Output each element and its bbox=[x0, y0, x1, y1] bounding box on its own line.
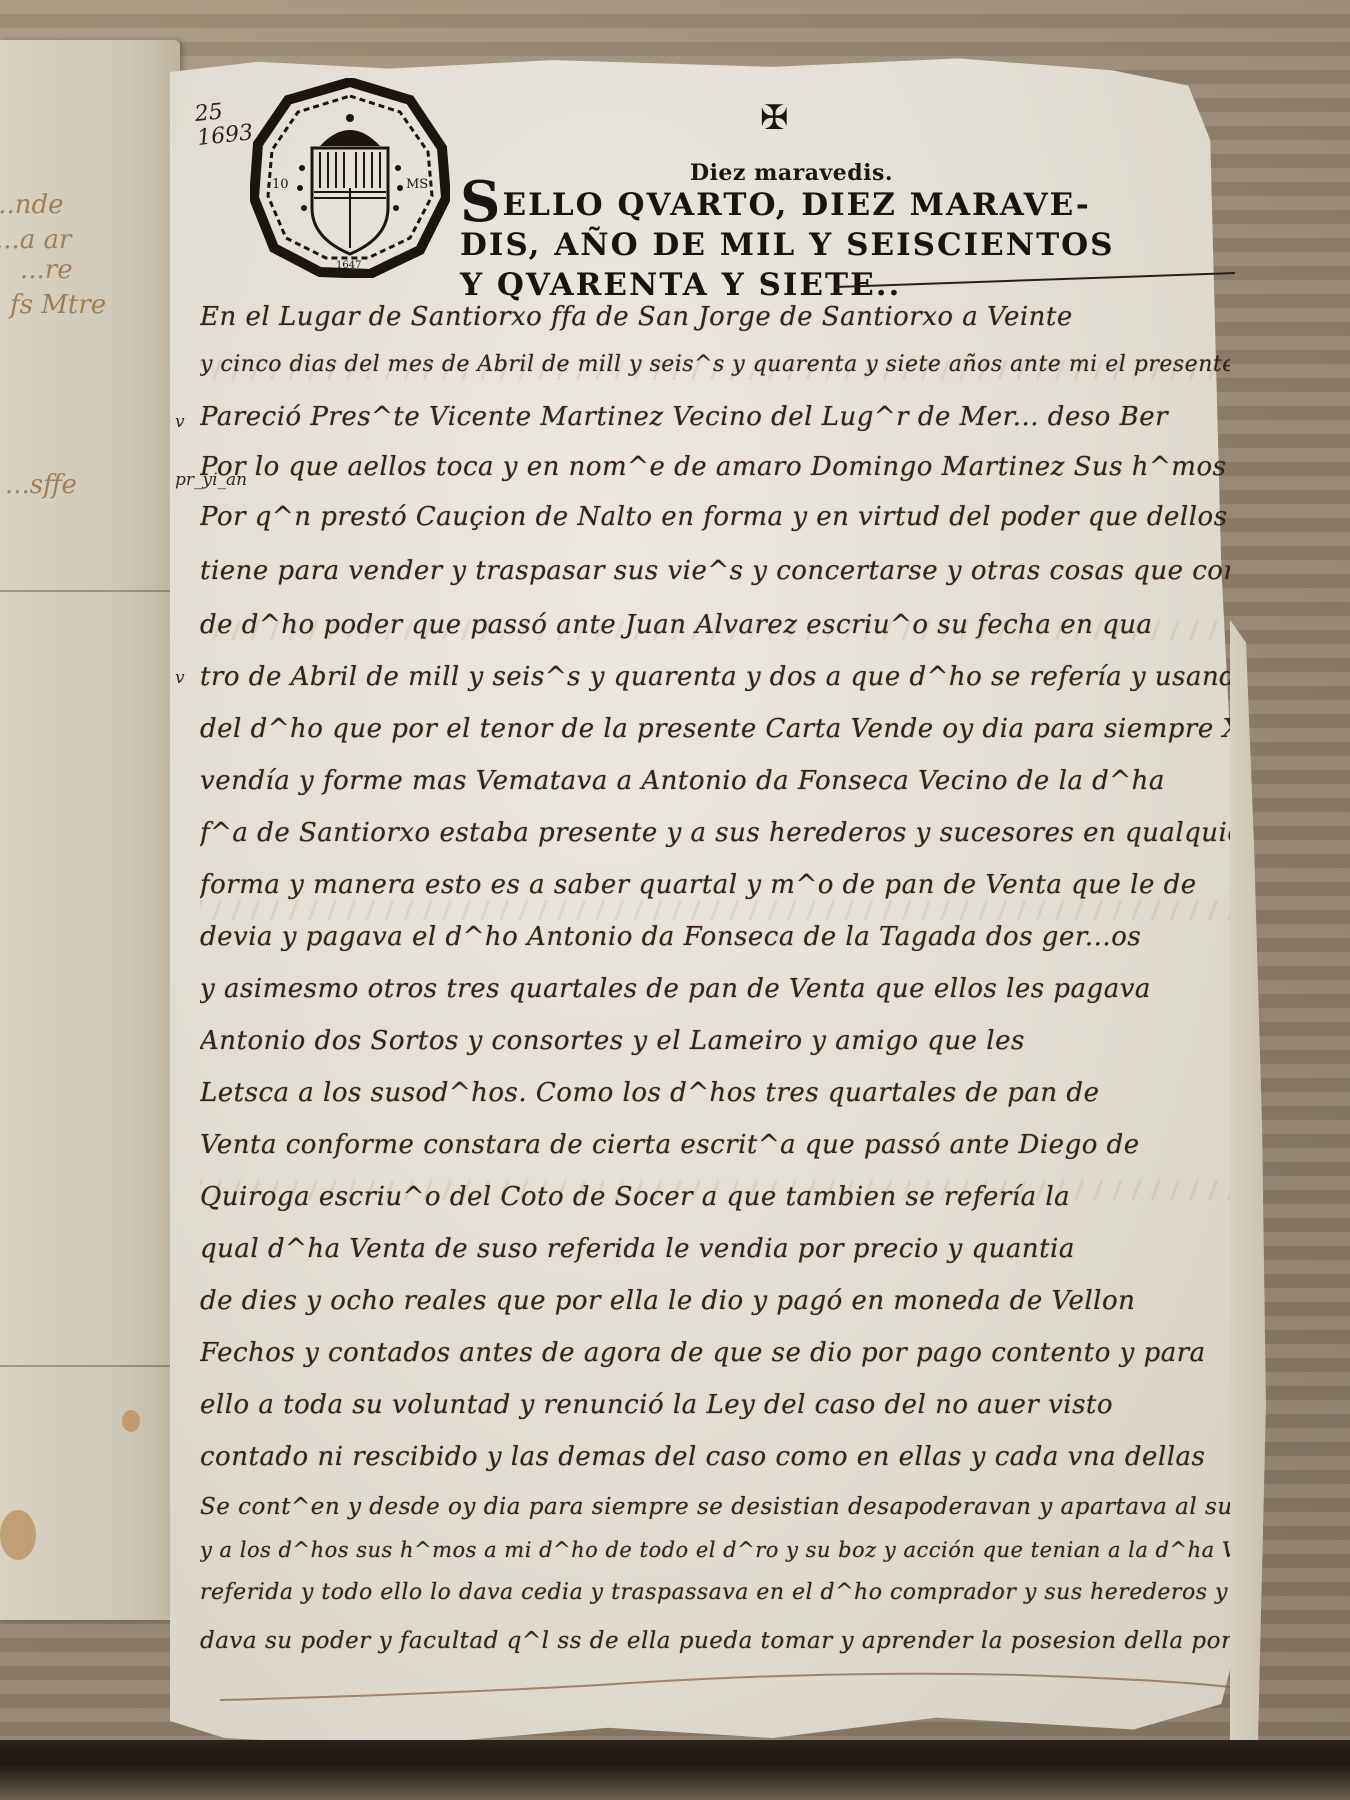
manuscript-line: y asimesmo otros tres quartales de pan d… bbox=[200, 974, 1230, 1004]
manuscript-line: Por lo que aellos toca y en nom^e de ama… bbox=[200, 452, 1230, 482]
manuscript-line: Pareció Pres^te Vicente Martinez Vecino … bbox=[200, 402, 1230, 432]
manuscript-line: Antonio dos Sortos y consortes y el Lame… bbox=[200, 1026, 1230, 1056]
paper-crease bbox=[0, 590, 170, 592]
manuscript-line: tro de Abril de mill y seis^s y quarenta… bbox=[200, 662, 1230, 692]
manuscript-line: contado ni rescibido y las demas del cas… bbox=[200, 1442, 1230, 1472]
stamp-printed-header: SELLO QVARTO, DIEZ MARAVE- DIS, AÑO DE M… bbox=[460, 182, 1120, 305]
manuscript-line: de dies y ocho reales que por ella le di… bbox=[200, 1286, 1230, 1316]
ink-bleed-texture bbox=[200, 900, 1230, 920]
manuscript-line: referida y todo ello lo dava cedia y tra… bbox=[200, 1580, 1230, 1605]
bottom-flourish-line bbox=[220, 1665, 1230, 1705]
margin-annotation: v bbox=[175, 668, 185, 688]
left-page-note: ...a ar bbox=[0, 225, 72, 255]
manuscript-line: Por q^n prestó Cauçion de Nalto en forma… bbox=[200, 502, 1230, 532]
manuscript-line: vendía y forme mas Vematava a Antonio da… bbox=[200, 766, 1230, 796]
manuscript-line: Letsca a los susod^hos. Como los d^hos t… bbox=[200, 1078, 1230, 1108]
manuscript-line: tiene para vender y traspasar sus vie^s … bbox=[200, 556, 1230, 586]
bottom-shadow bbox=[0, 1740, 1350, 1800]
manuscript-line: forma y manera esto es a saber quartal y… bbox=[200, 870, 1230, 900]
manuscript-line: Venta conforme constara de cierta escrit… bbox=[200, 1130, 1230, 1160]
manuscript-line: ello a toda su voluntad y renunció la Le… bbox=[200, 1390, 1230, 1420]
manuscript-line: f^a de Santiorxo estaba presente y a sus… bbox=[200, 818, 1230, 848]
manuscript-line: Quiroga escriu^o del Coto de Socer a que… bbox=[200, 1182, 1230, 1212]
seal-right-letters: MS bbox=[406, 177, 428, 192]
royal-coat-of-arms-seal-icon: 10 MS 1647 bbox=[250, 78, 450, 278]
manuscript-line: En el Lugar de Santiorxo ffa de San Jorg… bbox=[200, 302, 1230, 332]
left-folded-page: ...nde ...a ar ...re fs Mtre ...sffe bbox=[0, 40, 180, 1620]
left-page-note: ...sffe bbox=[5, 470, 77, 500]
stamp-line-2: DIS, AÑO DE MIL Y SEISCIENTOS bbox=[460, 225, 1120, 265]
stamp-line-1: ELLO QVARTO, DIEZ MARAVE- bbox=[502, 187, 1090, 223]
seal-year: 1647 bbox=[336, 260, 361, 271]
manuscript-line: dava su poder y facultad q^l ss de ella … bbox=[200, 1628, 1230, 1654]
manuscript-line: y a los d^hos sus h^mos a mi d^ho de tod… bbox=[200, 1538, 1230, 1562]
manuscript-line: del d^ho que por el tenor de la presente… bbox=[200, 714, 1230, 744]
manuscript-line: y cinco dias del mes de Abril de mill y … bbox=[200, 352, 1230, 377]
stamp-line-3: Y QVARENTA Y SIETE.. bbox=[460, 265, 1120, 305]
left-page-note: ...re bbox=[20, 255, 73, 285]
manuscript-line: Se cont^en y desde oy dia para siempre s… bbox=[200, 1494, 1230, 1520]
seal-left-letters: 10 bbox=[272, 177, 289, 192]
margin-date-note: 25 1693 bbox=[194, 97, 259, 151]
cross-icon: ✠ bbox=[760, 98, 789, 138]
left-page-note: fs Mtre bbox=[10, 290, 106, 320]
manuscript-line: de d^ho poder que passó ante Juan Alvare… bbox=[200, 610, 1230, 640]
paper-stain bbox=[0, 1510, 36, 1560]
paper-crease bbox=[0, 1365, 170, 1367]
manuscript-line: devia y pagava el d^ho Antonio da Fonsec… bbox=[200, 922, 1230, 952]
paper-stain bbox=[122, 1410, 140, 1432]
margin-annotation: v bbox=[175, 412, 185, 432]
left-page-note: ...nde bbox=[0, 190, 64, 220]
manuscript-line: Fechos y contados antes de agora de que … bbox=[200, 1338, 1230, 1368]
manuscript-line: qual d^ha Venta de suso referida le vend… bbox=[200, 1234, 1230, 1264]
